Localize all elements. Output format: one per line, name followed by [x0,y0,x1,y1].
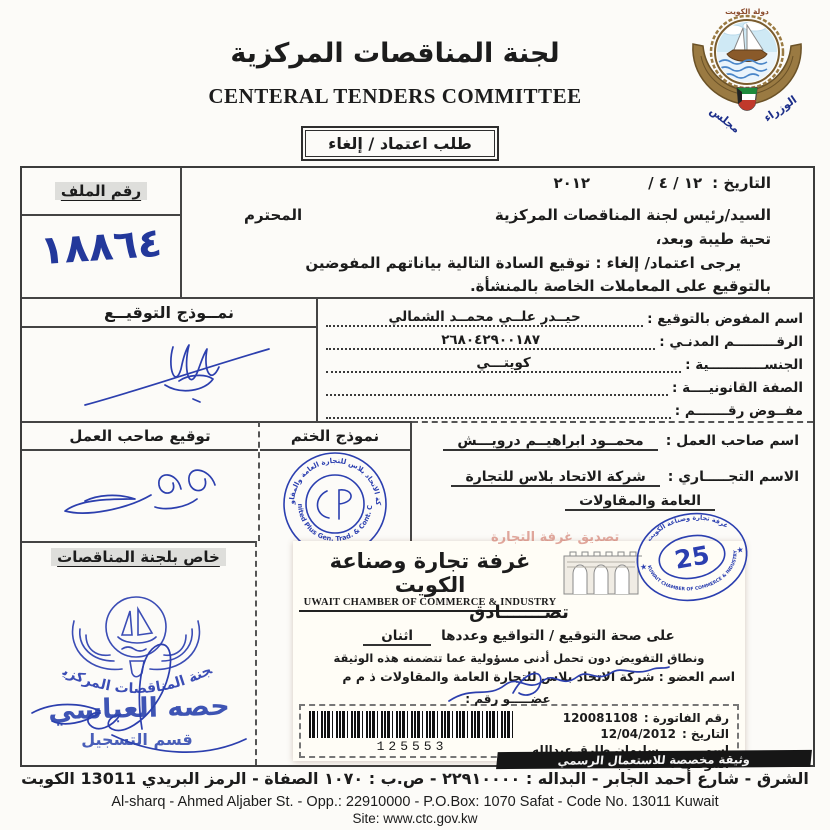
signature-specimen-cell: نمــوذج التوقيــع [22,297,318,421]
faded-certification-stamp: تصديق غرفة التجارة [491,530,619,545]
oval-stamp-star-left: ★ [639,562,648,572]
employer-fields: اسم صاحب العمل : محمــود ابراهيــم درويـ… [412,421,813,541]
invoice-row: رقم الفاتورة : 120081108 [531,711,729,725]
field-label: الصفة القانونيــــة : [672,380,803,396]
kuwait-state-emblem-icon: دولة الكويت مجلس الوزراء [683,4,811,136]
field-row: الصفة القانونيــــة : [326,373,803,396]
addressee-text: السيد/رئيس لجنة المناقصات المركزية [495,206,771,224]
field-row: الجنســــــــــــية : كويتـــي [326,350,803,373]
committee-title-english: CENTERAL TENDERS COMMITTEE [60,84,730,109]
field-dotted-line [326,394,671,419]
file-number-header: رقم الملف [22,168,180,216]
field-value: ٢٦٨٠٤٢٩٠٠١٨٧ [326,332,655,348]
employer-signature-ink [47,455,232,535]
field-value: كويتـــي [326,355,681,371]
trade-name-row: الاسم التجـــــاري : شركة الاتحاد بلاس ل… [426,469,799,487]
trade-name-value-2: العامة والمقاولات [565,493,715,511]
member-number-label: عضـــــو رقم : [443,692,573,706]
barcode-block: 125553 [301,706,523,756]
signature-specimen-header: نمــوذج التوقيــع [22,299,316,328]
chamber-building-emblem-icon [561,548,641,596]
official-use-stamp-bar: وثيقة مخصصة للاستعمال الرسمي [496,750,812,769]
count-line-text: على صحة التوقيع / التواقيع وعددها [441,628,675,646]
form-type-label: طلب اعتماد / إلغاء [328,134,472,153]
date-day-month: ١٢ / ٤ / [648,174,702,192]
field-row: اسم المفوض بالتوقيع : حيــدر علــي محمــ… [326,304,803,327]
authorized-person-fields: اسم المفوض بالتوقيع : حيــدر علــي محمــ… [318,297,813,421]
certify-heading: تصـــــــادق [293,602,745,623]
date-line: التاريخ : ١٢ / ٤ / ٢٠١٢ [553,174,771,192]
field-label: اسم المفوض بالتوقيع : [647,311,803,327]
footer-address-english: Al-sharq - Ahmed Aljaber St. - Opp.: 229… [0,794,830,810]
honorific-text: المحترم [244,206,302,224]
barcode-number: 125553 [301,739,523,754]
letter-block: التاريخ : ١٢ / ٤ / ٢٠١٢ السيد/رئيس لجنة … [182,168,813,297]
cert-date-row: التاريخ : 12/04/2012 [531,727,729,741]
addressee-line: السيد/رئيس لجنة المناقصات المركزية المحت… [244,206,771,224]
request-line-1: يرجى اعتماد/ إلغاء : توقيع السادة التالي… [305,254,741,272]
employer-signature-cell: توقيع صاحب العمل [22,421,260,541]
emblem-top-text: دولة الكويت [725,7,769,16]
form-type-box: طلب اعتماد / إلغاء [301,126,499,161]
field-row: مفــوض رقـــــــم : [326,396,803,419]
emblem-bottom-left-text: مجلس [707,104,742,136]
trade-name-label: الاسم التجـــــاري : [668,469,799,485]
file-number-cell: رقم الملف ١٨٨٦٤ [22,168,182,297]
field-dotted-line [326,371,668,396]
field-dotted-line: حيــدر علــي محمــد الشمالي [326,302,643,327]
chamber-oval-stamp: 25 غرفة تجارة وصناعة الكويت KUWAIT CHAMB… [626,501,758,612]
cert-date-label: التاريخ : [682,727,729,741]
date-year: ٢٠١٢ [553,174,590,192]
committee-title-arabic: لجنة المناقصات المركزية [60,38,730,69]
cert-date-value: 12/04/2012 [600,727,676,741]
employer-signature-header: توقيع صاحب العمل [22,423,258,451]
field-label: الجنســــــــــــية : [685,357,803,373]
committee-use-cell: خاص بلجنة المناقصات لجنة المناقصات المرك… [22,541,257,765]
field-label: مفــوض رقـــــــم : [675,403,803,419]
request-line-2: بالتوقيع على المعاملات الخاصة بالمنشأة. [470,277,771,295]
field-dotted-line: كويتـــي [326,348,681,373]
stamp-specimen-cell: نموذج الختم شركة الاتحاد بلاس للتجارة ال… [260,421,412,541]
count-value: اثنان [363,628,431,646]
date-label: التاريخ : [712,174,771,192]
oval-stamp-star-right: ★ [736,545,745,555]
registrar-name-stamp: حصه العباسي [34,690,245,726]
barcode [309,711,513,738]
employer-name-value: محمــود ابراهيــم درويـــش [443,433,657,451]
field-dotted-line: ٢٦٨٠٤٢٩٠٠١٨٧ [326,325,655,350]
chamber-certificate: تصديق غرفة التجارة غرفة تجارة وصناعة الك… [293,541,745,761]
field-value: حيــدر علــي محمــد الشمالي [326,309,643,325]
signature-count-line: على صحة التوقيع / التواقيع وعددها اثنان [293,628,745,646]
invoice-label: رقم الفاتورة : [644,711,729,725]
trade-name-value-1: شركة الاتحاد بلاس للتجارة [451,469,659,487]
employer-name-row: اسم صاحب العمل : محمــود ابراهيــم درويـ… [426,433,799,451]
committee-use-header: خاص بلجنة المناقصات [22,548,255,566]
footer-website: Site: www.ctc.gov.kw [0,811,830,826]
scanned-document: لجنة المناقصات المركزية CENTERAL TENDERS… [0,0,830,830]
chamber-title-arabic: غرفة تجارة وصناعة الكويت [299,549,561,597]
invoice-value: 120081108 [563,711,638,725]
registration-dept-stamp: قسم التسجيل [52,730,222,749]
stamp-specimen-header: نموذج الختم [260,423,410,451]
oval-stamp-number: 25 [672,540,711,575]
file-number-handwritten: ١٨٨٦٤ [27,219,176,275]
employer-name-label: اسم صاحب العمل : [666,433,799,449]
field-row: الرقـــــــــم المدنـي : ٢٦٨٠٤٢٩٠٠١٨٧ [326,327,803,350]
details-labels: رقم الفاتورة : 120081108 التاريخ : 12/04… [523,706,737,756]
footer-address-arabic: الشرق - شارع أحمد الجابر - البداله : ٢٢٩… [0,769,830,788]
greeting-text: تحية طيبة وبعد، [656,230,771,248]
authorized-signature-ink [77,333,277,418]
